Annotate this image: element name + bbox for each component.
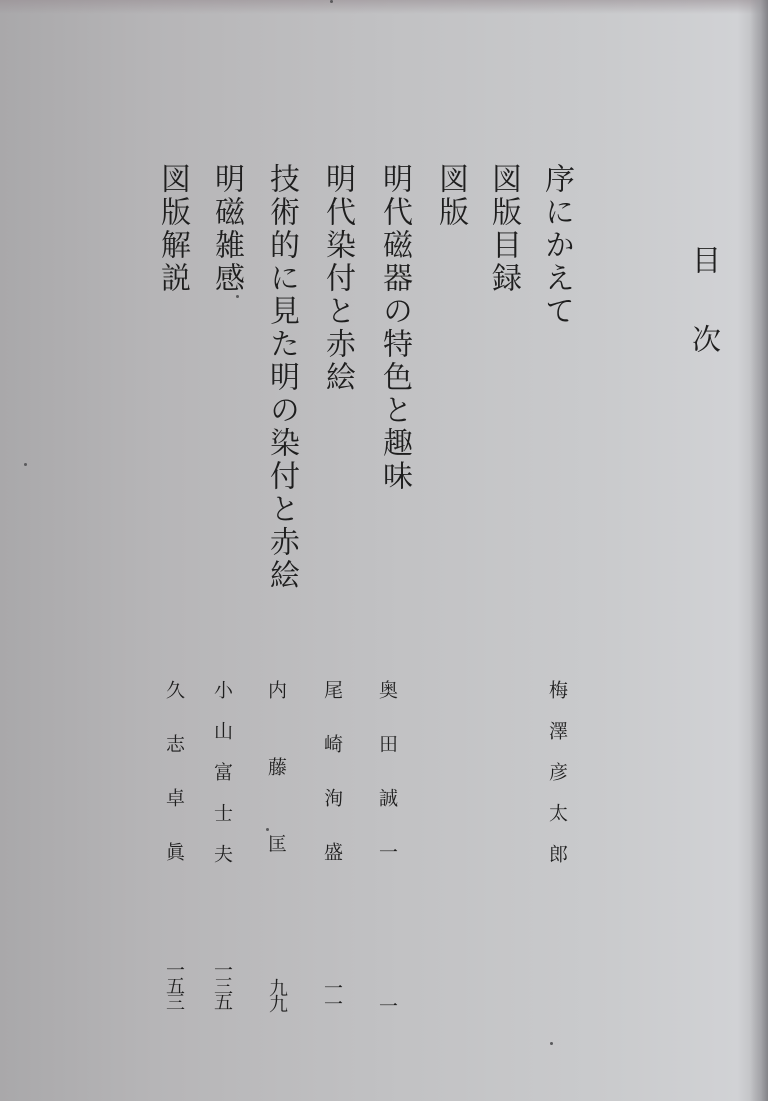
toc-entry-title: 図版	[435, 163, 465, 229]
toc-author: 梅澤彦太郎	[547, 680, 566, 885]
toc-entry-title: 序にかえて	[541, 163, 571, 328]
paper-speck	[266, 828, 269, 831]
toc-entry-title: 図版解説	[157, 163, 187, 295]
toc-page-number: 一一	[322, 978, 341, 1010]
toc-author: 小山富士夫	[212, 680, 231, 885]
toc-title: 目次	[690, 245, 719, 403]
toc-entry-title: 明磁雑感	[211, 163, 241, 295]
toc-author: 内藤匡	[266, 680, 285, 911]
toc-page-number: 九九	[267, 978, 286, 1010]
paper-speck	[330, 0, 333, 3]
toc-entry-title: 明代染付と赤絵	[322, 163, 352, 394]
toc-author: 奥田誠一	[377, 680, 396, 896]
page-edge	[750, 0, 768, 1101]
toc-entry-title: 技術的に見た明の染付と赤絵	[266, 163, 296, 592]
paper-speck	[236, 295, 239, 298]
toc-entry-title: 図版目録	[488, 163, 518, 295]
toc-entry-title: 明代磁器の特色と趣味	[379, 163, 409, 493]
book-page: 目次 序にかえて 図版目録 図版 明代磁器の特色と趣味 明代染付と赤絵 技術的に…	[0, 0, 768, 1101]
paper-speck	[24, 463, 27, 466]
toc-page-number: 一五三	[164, 960, 183, 1008]
toc-page-number: 一	[377, 996, 396, 1012]
toc-author: 久志卓眞	[164, 680, 183, 896]
toc-author: 尾崎洵盛	[322, 680, 341, 896]
paper-speck	[550, 1042, 553, 1045]
toc-page-number: 一三五	[212, 960, 231, 1008]
top-shadow	[0, 0, 768, 14]
